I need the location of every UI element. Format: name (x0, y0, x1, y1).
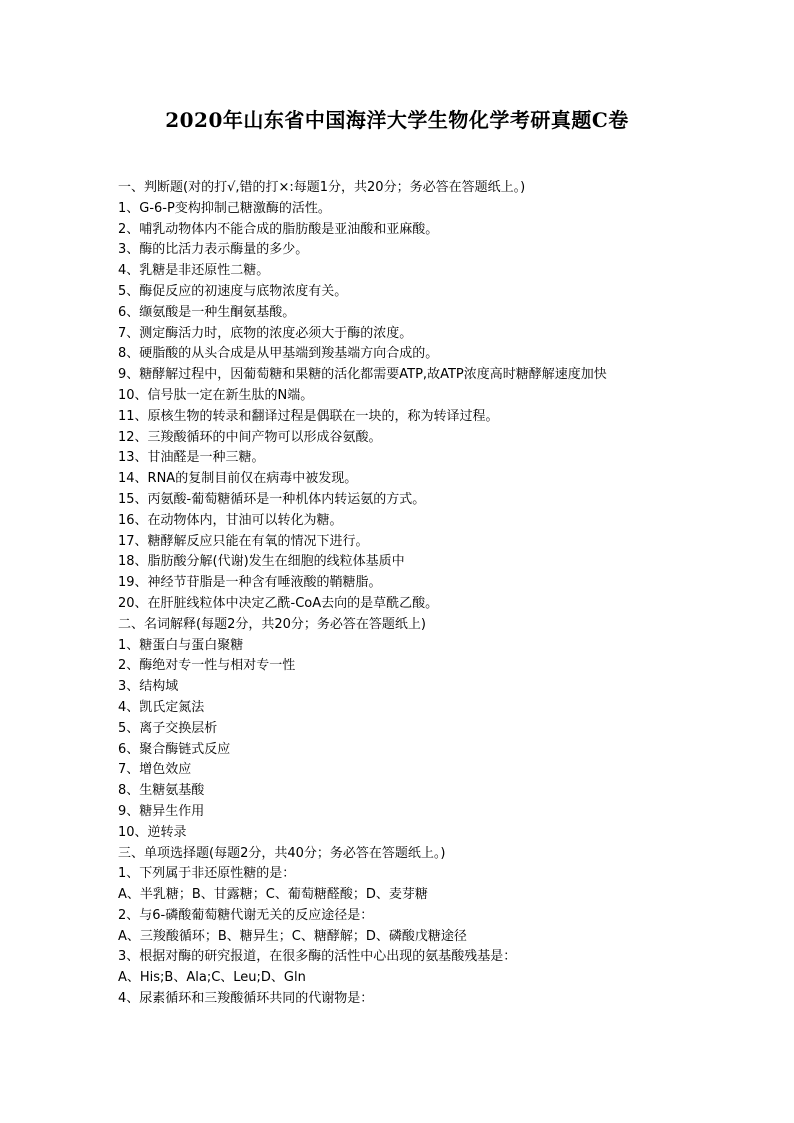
question-line: 7、增色效应 (118, 760, 678, 781)
question-line: 3、结构域 (118, 677, 678, 698)
question-line: 5、离子交换层析 (118, 719, 678, 740)
section-heading-multiple-choice: 三、单项选择题(每题2分，共40分；务必答在答题纸上。) (118, 844, 678, 865)
question-line: 1、G-6-P变构抑制己糖激酶的活性。 (118, 199, 678, 220)
question-line: 2、哺乳动物体内不能合成的脂肪酸是亚油酸和亚麻酸。 (118, 220, 678, 241)
question-line: 18、脂肪酸分解(代谢)发生在细胞的线粒体基质中 (118, 552, 678, 573)
question-line: 8、硬脂酸的从头合成是从甲基端到羧基端方向合成的。 (118, 344, 678, 365)
section-heading-definitions: 二、名词解释(每题2分，共20分；务必答在答题纸上) (118, 615, 678, 636)
question-line: 6、缬氨酸是一种生酮氨基酸。 (118, 303, 678, 324)
question-line: 1、糖蛋白与蛋白聚糖 (118, 636, 678, 657)
question-line: 7、测定酶活力时，底物的浓度必须大于酶的浓度。 (118, 324, 678, 345)
question-line: 12、三羧酸循环的中间产物可以形成谷氨酸。 (118, 428, 678, 449)
question-line: 16、在动物体内，甘油可以转化为糖。 (118, 511, 678, 532)
question-line: 9、糖酵解过程中，因葡萄糖和果糖的活化都需要ATP,故ATP浓度高时糖酵解速度加… (118, 365, 678, 386)
question-line: 3、根据对酶的研究报道，在很多酶的活性中心出现的氨基酸残基是： (118, 947, 678, 968)
question-line: 10、逆转录 (118, 823, 678, 844)
answer-options: A、半乳糖；B、甘露糖；C、葡萄糖醛酸；D、麦芽糖 (118, 885, 678, 906)
question-line: 15、丙氨酸-葡萄糖循环是一种机体内转运氨的方式。 (118, 490, 678, 511)
question-line: 8、生糖氨基酸 (118, 781, 678, 802)
question-line: 11、原核生物的转录和翻译过程是偶联在一块的，称为转译过程。 (118, 407, 678, 428)
answer-options: A、三羧酸循环；B、糖异生；C、糖酵解；D、磷酸戊糖途径 (118, 927, 678, 948)
question-line: 13、甘油醛是一种三糖。 (118, 448, 678, 469)
question-line: 17、糖酵解反应只能在有氧的情况下进行。 (118, 532, 678, 553)
question-line: 2、酶绝对专一性与相对专一性 (118, 656, 678, 677)
document-title: 2020年山东省中国海洋大学生物化学考研真题C卷 (0, 104, 794, 133)
question-line: 14、RNA的复制目前仅在病毒中被发现。 (118, 469, 678, 490)
question-line: 10、信号肽一定在新生肽的N端。 (118, 386, 678, 407)
question-line: 20、在肝脏线粒体中决定乙酰-CoA去向的是草酰乙酸。 (118, 594, 678, 615)
question-line: 3、酶的比活力表示酶量的多少。 (118, 240, 678, 261)
section-heading-true-false: 一、判断题(对的打√,错的打×:每题1分，共20分；务必答在答题纸上。) (118, 178, 678, 199)
question-line: 2、与6-磷酸葡萄糖代谢无关的反应途径是： (118, 906, 678, 927)
answer-options: A、His;B、Ala;C、Leu;D、Gln (118, 968, 678, 989)
question-line: 19、神经节苷脂是一种含有唾液酸的鞘糖脂。 (118, 573, 678, 594)
question-line: 9、糖异生作用 (118, 802, 678, 823)
question-line: 4、凯氏定氮法 (118, 698, 678, 719)
question-line: 4、尿素循环和三羧酸循环共同的代谢物是： (118, 989, 678, 1010)
question-line: 6、聚合酶链式反应 (118, 740, 678, 761)
document-body: 一、判断题(对的打√,错的打×:每题1分，共20分；务必答在答题纸上。) 1、G… (118, 178, 678, 1010)
question-line: 5、酶促反应的初速度与底物浓度有关。 (118, 282, 678, 303)
question-line: 1、下列属于非还原性糖的是： (118, 864, 678, 885)
question-line: 4、乳糖是非还原性二糖。 (118, 261, 678, 282)
